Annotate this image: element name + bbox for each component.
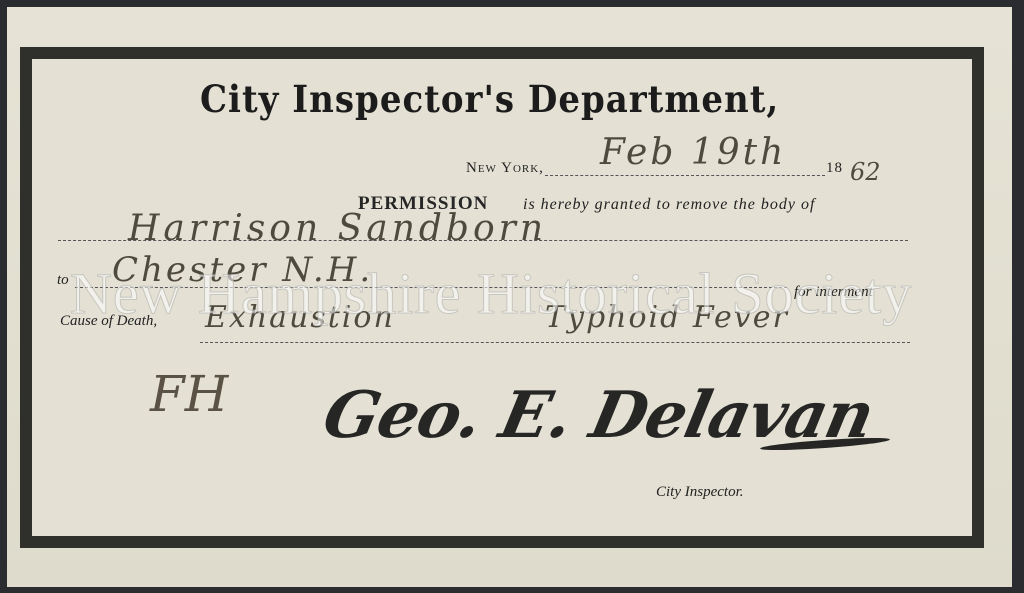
handwritten-date: Feb 19th xyxy=(600,132,786,173)
date-line xyxy=(545,175,825,176)
department-title: City Inspector's Department, xyxy=(200,78,779,122)
signature-title: City Inspector. xyxy=(656,484,744,501)
watermark-text: New Hampshire Historical Society xyxy=(70,260,912,327)
handwritten-year: 62 xyxy=(850,158,881,186)
cause-of-death-line xyxy=(200,342,910,343)
to-label: to xyxy=(57,272,69,289)
handwritten-initials: FH xyxy=(150,365,228,423)
permission-text: is hereby granted to remove the body of xyxy=(523,196,815,214)
year-printed-prefix: 18 xyxy=(826,160,843,177)
place-label: New York, xyxy=(466,160,544,177)
handwritten-deceased-name: Harrison Sandborn xyxy=(128,208,547,249)
